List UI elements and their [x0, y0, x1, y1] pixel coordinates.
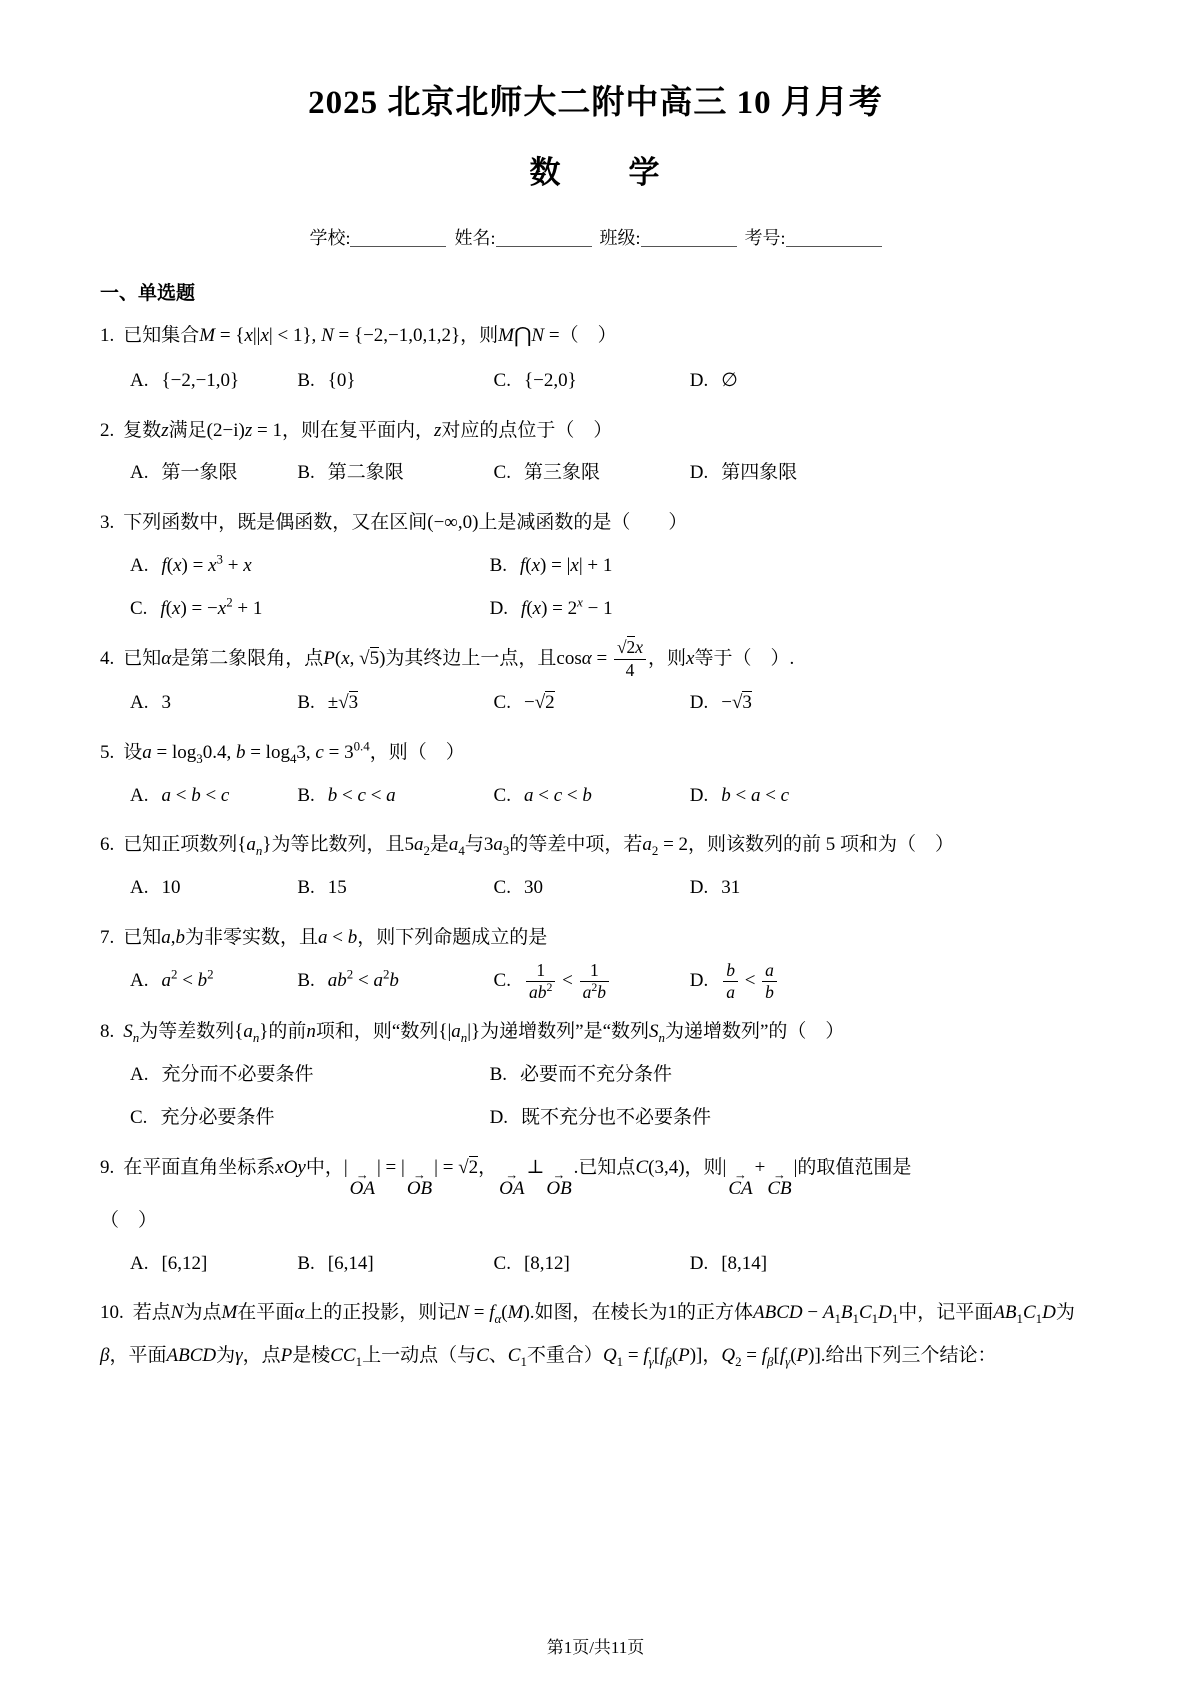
- option-text: 10: [161, 877, 180, 898]
- question-options: A.{−2,−1,0}B.{0}C.{−2,0}D.∅: [100, 360, 1091, 403]
- option-label: B.: [490, 1064, 507, 1085]
- question-stem: 若点N为点M在平面α上的正投影，则记N = fα(M).如图，在棱长为1的正方体…: [100, 1302, 1075, 1366]
- option-label: D.: [690, 877, 708, 898]
- question-stem: 在平面直角坐标系xOy中，|→OA| = |→OB| = √2，→OA⊥→OB.…: [123, 1157, 911, 1178]
- option-label: A.: [130, 462, 148, 483]
- option-label: A.: [130, 785, 148, 806]
- question-number: 1.: [100, 325, 114, 346]
- option-label: B.: [297, 692, 314, 713]
- option-text: [8,14]: [721, 1253, 767, 1274]
- question-stem: 已知集合M = {x||x| < 1}, N = {−2,−1,0,1,2}，则…: [123, 325, 616, 346]
- option: B.15: [297, 867, 489, 910]
- info-field-label: 姓名:: [454, 228, 495, 248]
- option-label: A.: [130, 1253, 148, 1274]
- question-options: A.f(x) = x3 + xB.f(x) = |x| + 1C.f(x) = …: [100, 545, 1091, 631]
- info-field-label: 学校:: [309, 228, 350, 248]
- option: B.±√3: [297, 682, 489, 725]
- option: D.−√3: [690, 682, 1091, 725]
- option-label: D.: [690, 462, 708, 483]
- info-field-label: 班级:: [600, 228, 641, 248]
- option: D.b < a < c: [690, 775, 1091, 818]
- question-number: 10.: [100, 1302, 124, 1323]
- option: A.a2 < b2: [130, 960, 293, 1005]
- option: B.必要而不充分条件: [490, 1054, 1091, 1097]
- info-field: 学校:: [309, 224, 446, 250]
- info-field: 班级:: [600, 224, 737, 250]
- option-text: ±√3: [328, 691, 358, 713]
- question-stem: 已知a,b为非零实数，且a < b，则下列命题成立的是: [123, 927, 547, 948]
- question-options: A.3B.±√3C.−√2D.−√3: [100, 682, 1091, 725]
- question-stem: 复数z满足(2−i)z = 1，则在复平面内，z对应的点位于（ ）: [123, 420, 612, 441]
- option-text: 30: [524, 877, 543, 898]
- question: 7.已知a,b为非零实数，且a < b，则下列命题成立的是 A.a2 < b2B…: [100, 917, 1091, 1004]
- option-text: [6,12]: [161, 1253, 207, 1274]
- option-label: A.: [130, 370, 148, 391]
- option: C.[8,12]: [494, 1243, 686, 1286]
- question-options: A.a < b < cB.b < c < aC.a < c < bD.b < a…: [100, 775, 1091, 818]
- option-text: a < b < c: [161, 785, 229, 806]
- question-stem: 设a = log30.4, b = log43, c = 30.4，则（ ）: [123, 742, 464, 763]
- option-label: C.: [494, 692, 511, 713]
- question: 6.已知正项数列{an}为等比数列，且5a2是a4与3a3的等差中项，若a2 =…: [100, 824, 1091, 910]
- question-extra-line: （ ）: [100, 1200, 1091, 1243]
- option: C.30: [494, 867, 686, 910]
- question-stem: 下列函数中，既是偶函数，又在区间(−∞,0)上是减函数的是（ ）: [123, 512, 687, 533]
- question-number: 9.: [100, 1157, 114, 1178]
- option: A.3: [130, 682, 293, 725]
- option: B.{0}: [297, 360, 489, 403]
- option-text: [8,12]: [524, 1253, 570, 1274]
- option-label: C.: [494, 970, 511, 991]
- question-options: A.充分而不必要条件B.必要而不充分条件C.充分必要条件D.既不充分也不必要条件: [100, 1054, 1091, 1140]
- question-number: 6.: [100, 834, 114, 855]
- option-label: A.: [130, 555, 148, 576]
- question-options: A.a2 < b2B.ab2 < a2bC.1ab2 < 1a2bD.ba < …: [100, 960, 1091, 1005]
- info-field-blank: [641, 227, 737, 247]
- option-label: C.: [494, 877, 511, 898]
- question-stem-line: 3.下列函数中，既是偶函数，又在区间(−∞,0)上是减函数的是（ ）: [100, 502, 1091, 545]
- option-label: C.: [494, 1253, 511, 1274]
- option-label: A.: [130, 1064, 148, 1085]
- option-text: 第一象限: [161, 462, 237, 483]
- questions: 1.已知集合M = {x||x| < 1}, N = {−2,−1,0,1,2}…: [100, 312, 1091, 1378]
- option: A.[6,12]: [130, 1243, 293, 1286]
- option: D.f(x) = 2x − 1: [490, 588, 1091, 631]
- info-field-blank: [350, 227, 446, 247]
- question-number: 3.: [100, 512, 114, 533]
- question: 5.设a = log30.4, b = log43, c = 30.4，则（ ）…: [100, 732, 1091, 818]
- option-text: ab2 < a2b: [328, 970, 399, 991]
- option: C.a < c < b: [494, 775, 686, 818]
- section-heading: 一、单选题: [100, 278, 1091, 305]
- option-label: B.: [297, 877, 314, 898]
- question-stem: Sn为等差数列{an}的前n项和，则“数列{|an|}为递增数列”是“数列Sn为…: [123, 1021, 844, 1042]
- subject-title: 数 学: [100, 147, 1091, 192]
- option: C.1ab2 < 1a2b: [494, 960, 686, 1005]
- option-label: A.: [130, 970, 148, 991]
- option: D.既不充分也不必要条件: [490, 1097, 1091, 1140]
- option-label: D.: [490, 1107, 508, 1128]
- option-text: 充分必要条件: [160, 1107, 274, 1128]
- question-number: 2.: [100, 420, 114, 441]
- option-label: A.: [130, 692, 148, 713]
- option: A.f(x) = x3 + x: [130, 545, 486, 588]
- option-text: {−2,0}: [524, 370, 577, 391]
- question: 8.Sn为等差数列{an}的前n项和，则“数列{|an|}为递增数列”是“数列S…: [100, 1011, 1091, 1139]
- page-number: 第1页/共11页: [0, 1633, 1191, 1658]
- question-options: A.10B.15C.30D.31: [100, 867, 1091, 910]
- option-label: D.: [490, 598, 508, 619]
- option-label: B.: [297, 970, 314, 991]
- option-text: f(x) = −x2 + 1: [160, 598, 262, 619]
- option-label: D.: [690, 970, 708, 991]
- option-label: C.: [494, 370, 511, 391]
- option: A.充分而不必要条件: [130, 1054, 486, 1097]
- option-label: D.: [690, 692, 708, 713]
- option-text: ∅: [721, 370, 738, 391]
- question-options: A.第一象限B.第二象限C.第三象限D.第四象限: [100, 452, 1091, 495]
- question: 2.复数z满足(2−i)z = 1，则在复平面内，z对应的点位于（ ） A.第一…: [100, 410, 1091, 496]
- option-label: B.: [297, 1253, 314, 1274]
- option-text: 3: [161, 692, 171, 713]
- option: D.第四象限: [690, 452, 1091, 495]
- info-field: 姓名:: [454, 224, 591, 250]
- page-title: 2025 北京北师大二附中高三 10 月月考: [100, 76, 1091, 123]
- option-text: 15: [328, 877, 347, 898]
- question-stem-line: 8.Sn为等差数列{an}的前n项和，则“数列{|an|}为递增数列”是“数列S…: [100, 1011, 1091, 1054]
- option-text: 第四象限: [721, 462, 797, 483]
- info-field-label: 考号:: [745, 228, 786, 248]
- option-label: B.: [297, 785, 314, 806]
- option: C.充分必要条件: [130, 1097, 486, 1140]
- option-text: f(x) = x3 + x: [161, 555, 251, 576]
- option-label: D.: [690, 370, 708, 391]
- question-number: 8.: [100, 1021, 114, 1042]
- question: 1.已知集合M = {x||x| < 1}, N = {−2,−1,0,1,2}…: [100, 312, 1091, 403]
- option-label: B.: [297, 462, 314, 483]
- option: C.{−2,0}: [494, 360, 686, 403]
- option-label: C.: [130, 1107, 147, 1128]
- option-text: 第二象限: [328, 462, 404, 483]
- option: B.f(x) = |x| + 1: [490, 545, 1091, 588]
- question: 4.已知α是第二象限角，点P(x, √5)为其终边上一点，且cosα = √2x…: [100, 637, 1091, 724]
- question-stem-line: 5.设a = log30.4, b = log43, c = 30.4，则（ ）: [100, 732, 1091, 775]
- option: A.10: [130, 867, 293, 910]
- option-text: −√3: [721, 691, 752, 713]
- option-text: b < a < c: [721, 785, 789, 806]
- info-field-blank: [786, 227, 882, 247]
- question-stem-line: 4.已知α是第二象限角，点P(x, √5)为其终边上一点，且cosα = √2x…: [100, 637, 1091, 682]
- option-text: f(x) = 2x − 1: [521, 598, 613, 619]
- option: A.{−2,−1,0}: [130, 360, 293, 403]
- option-label: D.: [690, 1253, 708, 1274]
- question: 9.在平面直角坐标系xOy中，|→OA| = |→OB| = √2，→OA⊥→O…: [100, 1147, 1091, 1286]
- info-field: 考号:: [745, 224, 882, 250]
- option-label: B.: [297, 370, 314, 391]
- option-text: b < c < a: [328, 785, 396, 806]
- exam-page: 2025 北京北师大二附中高三 10 月月考 数 学 学校:姓名:班级:考号: …: [0, 0, 1191, 1684]
- question-stem-line: 7.已知a,b为非零实数，且a < b，则下列命题成立的是: [100, 917, 1091, 960]
- option-label: C.: [130, 598, 147, 619]
- info-row: 学校:姓名:班级:考号:: [100, 224, 1091, 250]
- option-text: 1ab2 < 1a2b: [524, 970, 611, 991]
- question-stem-line: 10.若点N为点M在平面α上的正投影，则记N = fα(M).如图，在棱长为1的…: [100, 1292, 1091, 1378]
- option-text: −√2: [524, 691, 555, 713]
- option-text: f(x) = |x| + 1: [520, 555, 612, 576]
- option-text: 31: [721, 877, 740, 898]
- option-text: {0}: [328, 370, 356, 391]
- question-number: 5.: [100, 742, 114, 763]
- option: A.a < b < c: [130, 775, 293, 818]
- option: B.[6,14]: [297, 1243, 489, 1286]
- option-text: a2 < b2: [161, 970, 213, 991]
- option-text: 充分而不必要条件: [161, 1064, 313, 1085]
- option: C.第三象限: [494, 452, 686, 495]
- option: C.f(x) = −x2 + 1: [130, 588, 486, 631]
- question-number: 4.: [100, 648, 114, 669]
- question-stem: 已知α是第二象限角，点P(x, √5)为其终边上一点，且cosα = √2x4，…: [123, 648, 794, 669]
- option-text: 必要而不充分条件: [520, 1064, 672, 1085]
- option-text: {−2,−1,0}: [161, 370, 239, 391]
- option-label: C.: [494, 785, 511, 806]
- option-text: [6,14]: [328, 1253, 374, 1274]
- option: B.b < c < a: [297, 775, 489, 818]
- option: C.−√2: [494, 682, 686, 725]
- option: B.第二象限: [297, 452, 489, 495]
- option-text: 第三象限: [524, 462, 600, 483]
- option-text: a < c < b: [524, 785, 592, 806]
- question-stem-line: 2.复数z满足(2−i)z = 1，则在复平面内，z对应的点位于（ ）: [100, 410, 1091, 453]
- option-text: 既不充分也不必要条件: [521, 1107, 711, 1128]
- option-text: ba < ab: [721, 970, 779, 991]
- question-stem-line: 9.在平面直角坐标系xOy中，|→OA| = |→OB| = √2，→OA⊥→O…: [100, 1147, 1091, 1198]
- question-number: 7.: [100, 927, 114, 948]
- question-stem-line: 6.已知正项数列{an}为等比数列，且5a2是a4与3a3的等差中项，若a2 =…: [100, 824, 1091, 867]
- question-stem: 已知正项数列{an}为等比数列，且5a2是a4与3a3的等差中项，若a2 = 2…: [123, 834, 954, 855]
- option: D.ba < ab: [690, 960, 1091, 1005]
- option: D.31: [690, 867, 1091, 910]
- info-field-blank: [496, 227, 592, 247]
- option-label: D.: [690, 785, 708, 806]
- option: D.[8,14]: [690, 1243, 1091, 1286]
- option-label: C.: [494, 462, 511, 483]
- question: 10.若点N为点M在平面α上的正投影，则记N = fα(M).如图，在棱长为1的…: [100, 1292, 1091, 1378]
- page-content: 2025 北京北师大二附中高三 10 月月考 数 学 学校:姓名:班级:考号: …: [0, 0, 1191, 1378]
- option-label: B.: [490, 555, 507, 576]
- option: A.第一象限: [130, 452, 293, 495]
- option-label: A.: [130, 877, 148, 898]
- option: B.ab2 < a2b: [297, 960, 489, 1005]
- question-options: A.[6,12]B.[6,14]C.[8,12]D.[8,14]: [100, 1243, 1091, 1286]
- option: D.∅: [690, 360, 1091, 403]
- question: 3.下列函数中，既是偶函数，又在区间(−∞,0)上是减函数的是（ ） A.f(x…: [100, 502, 1091, 630]
- question-stem-line: 1.已知集合M = {x||x| < 1}, N = {−2,−1,0,1,2}…: [100, 312, 1091, 360]
